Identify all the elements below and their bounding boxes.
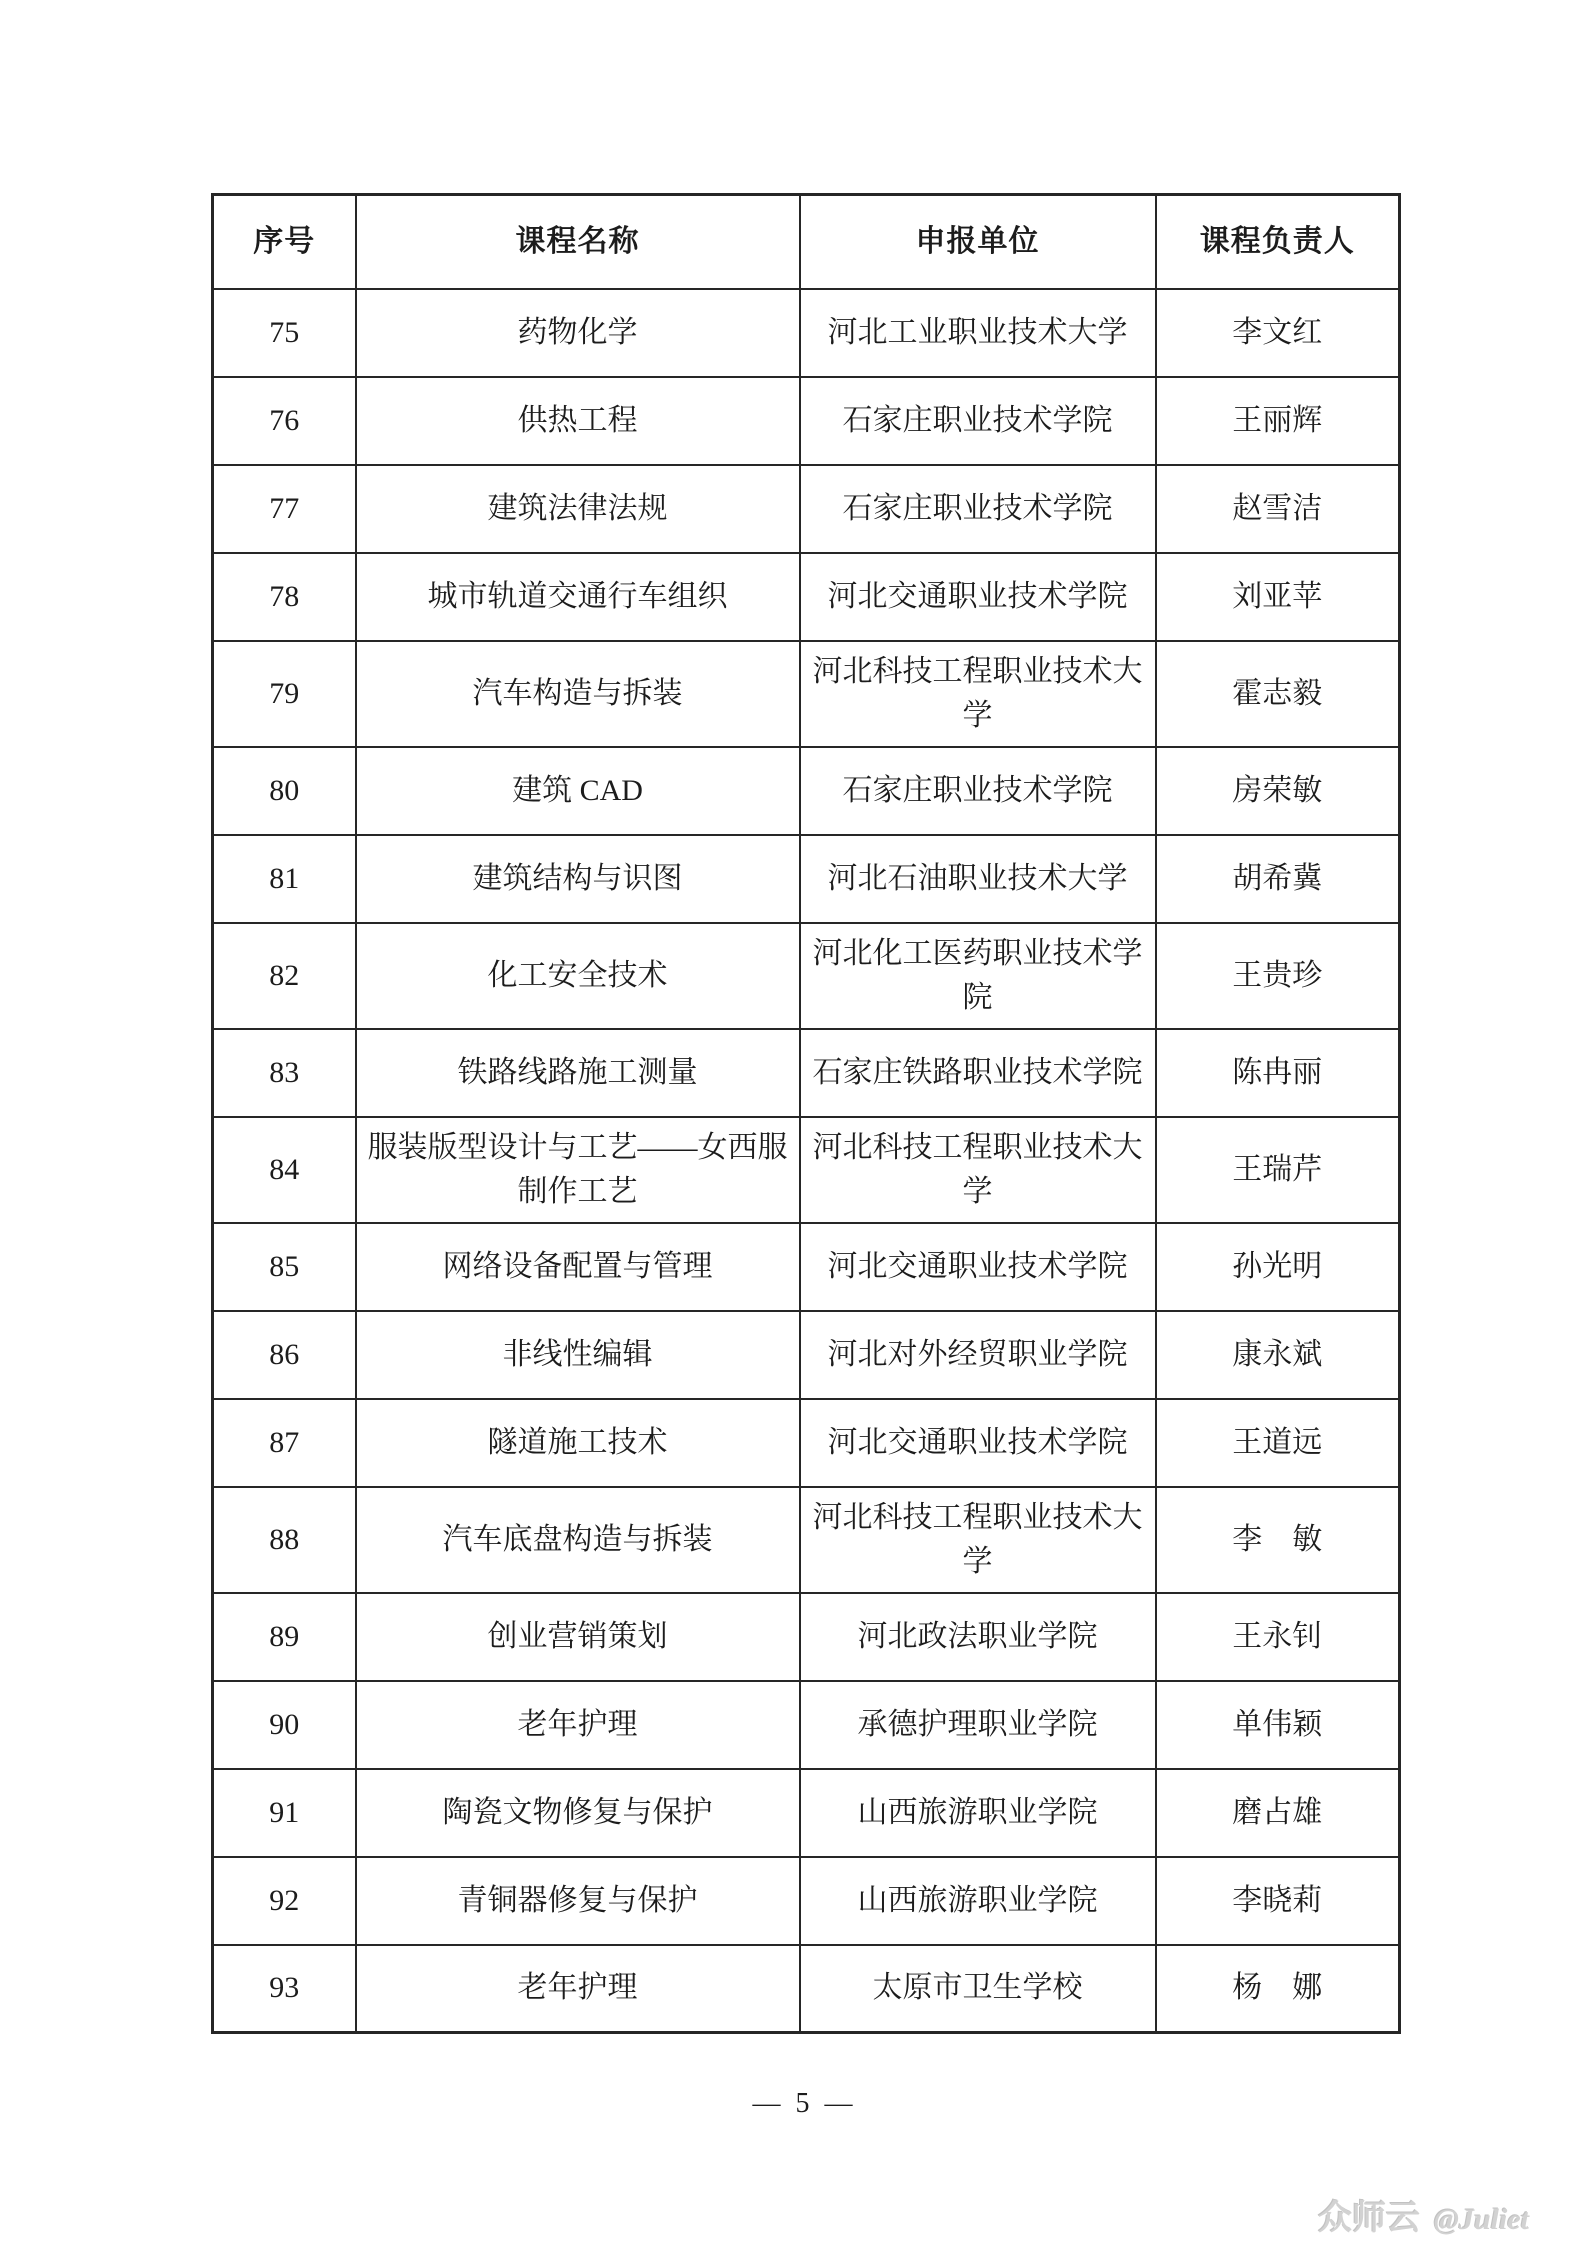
- table-row: 88汽车底盘构造与拆装河北科技工程职业技术大学李 敏: [213, 1487, 1400, 1593]
- header-row: 序号 课程名称 申报单位 课程负责人: [213, 195, 1400, 289]
- cell-index: 84: [213, 1117, 356, 1223]
- cell-course: 供热工程: [356, 377, 800, 465]
- cell-leader: 单伟颖: [1156, 1681, 1400, 1769]
- cell-unit: 石家庄职业技术学院: [800, 377, 1156, 465]
- cell-course: 建筑法律法规: [356, 465, 800, 553]
- document-page: 序号 课程名称 申报单位 课程负责人 75药物化学河北工业职业技术大学李文红76…: [0, 0, 1587, 2245]
- cell-course: 老年护理: [356, 1945, 800, 2033]
- table-row: 79汽车构造与拆装河北科技工程职业技术大学霍志毅: [213, 641, 1400, 747]
- table-row: 93老年护理太原市卫生学校杨 娜: [213, 1945, 1400, 2033]
- cell-leader: 杨 娜: [1156, 1945, 1400, 2033]
- cell-course: 建筑 CAD: [356, 747, 800, 835]
- table-header: 序号 课程名称 申报单位 课程负责人: [213, 195, 1400, 289]
- cell-index: 85: [213, 1223, 356, 1311]
- table-row: 91陶瓷文物修复与保护山西旅游职业学院磨占雄: [213, 1769, 1400, 1857]
- table-row: 81建筑结构与识图河北石油职业技术大学胡希冀: [213, 835, 1400, 923]
- cell-leader: 王瑞芹: [1156, 1117, 1400, 1223]
- cell-unit: 山西旅游职业学院: [800, 1769, 1156, 1857]
- cell-leader: 陈冉丽: [1156, 1029, 1400, 1117]
- courses-table: 序号 课程名称 申报单位 课程负责人 75药物化学河北工业职业技术大学李文红76…: [211, 193, 1401, 2034]
- cell-unit: 河北工业职业技术大学: [800, 289, 1156, 377]
- cell-index: 89: [213, 1593, 356, 1681]
- cell-course: 隧道施工技术: [356, 1399, 800, 1487]
- cell-index: 82: [213, 923, 356, 1029]
- cell-leader: 李 敏: [1156, 1487, 1400, 1593]
- cell-leader: 房荣敏: [1156, 747, 1400, 835]
- cell-index: 92: [213, 1857, 356, 1945]
- table-row: 84服装版型设计与工艺——女西服制作工艺河北科技工程职业技术大学王瑞芹: [213, 1117, 1400, 1223]
- cell-unit: 河北科技工程职业技术大学: [800, 1487, 1156, 1593]
- cell-course: 药物化学: [356, 289, 800, 377]
- cell-index: 76: [213, 377, 356, 465]
- cell-course: 陶瓷文物修复与保护: [356, 1769, 800, 1857]
- col-header-index: 序号: [213, 195, 356, 289]
- cell-leader: 王丽辉: [1156, 377, 1400, 465]
- cell-leader: 霍志毅: [1156, 641, 1400, 747]
- cell-index: 90: [213, 1681, 356, 1769]
- cell-unit: 河北交通职业技术学院: [800, 1223, 1156, 1311]
- cell-index: 79: [213, 641, 356, 747]
- cell-index: 78: [213, 553, 356, 641]
- cell-course: 汽车构造与拆装: [356, 641, 800, 747]
- table-row: 77建筑法律法规石家庄职业技术学院赵雪洁: [213, 465, 1400, 553]
- cell-leader: 王永钊: [1156, 1593, 1400, 1681]
- cell-course: 非线性编辑: [356, 1311, 800, 1399]
- cell-unit: 河北科技工程职业技术大学: [800, 641, 1156, 747]
- cell-unit: 石家庄职业技术学院: [800, 465, 1156, 553]
- table-row: 78城市轨道交通行车组织河北交通职业技术学院刘亚苹: [213, 553, 1400, 641]
- cell-unit: 河北科技工程职业技术大学: [800, 1117, 1156, 1223]
- table-row: 80建筑 CAD石家庄职业技术学院房荣敏: [213, 747, 1400, 835]
- cell-index: 93: [213, 1945, 356, 2033]
- cell-index: 86: [213, 1311, 356, 1399]
- table-row: 86非线性编辑河北对外经贸职业学院康永斌: [213, 1311, 1400, 1399]
- cell-course: 创业营销策划: [356, 1593, 800, 1681]
- cell-course: 青铜器修复与保护: [356, 1857, 800, 1945]
- cell-unit: 河北对外经贸职业学院: [800, 1311, 1156, 1399]
- cell-index: 88: [213, 1487, 356, 1593]
- cell-unit: 河北化工医药职业技术学院: [800, 923, 1156, 1029]
- cell-unit: 太原市卫生学校: [800, 1945, 1156, 2033]
- cell-leader: 磨占雄: [1156, 1769, 1400, 1857]
- cell-index: 80: [213, 747, 356, 835]
- cell-unit: 河北交通职业技术学院: [800, 1399, 1156, 1487]
- table-row: 89创业营销策划河北政法职业学院王永钊: [213, 1593, 1400, 1681]
- cell-course: 网络设备配置与管理: [356, 1223, 800, 1311]
- cell-index: 83: [213, 1029, 356, 1117]
- cell-unit: 河北交通职业技术学院: [800, 553, 1156, 641]
- col-header-course: 课程名称: [356, 195, 800, 289]
- table-row: 85网络设备配置与管理河北交通职业技术学院孙光明: [213, 1223, 1400, 1311]
- table-row: 87隧道施工技术河北交通职业技术学院王道远: [213, 1399, 1400, 1487]
- cell-leader: 胡希冀: [1156, 835, 1400, 923]
- cell-leader: 李晓莉: [1156, 1857, 1400, 1945]
- cell-unit: 河北石油职业技术大学: [800, 835, 1156, 923]
- table-row: 76供热工程石家庄职业技术学院王丽辉: [213, 377, 1400, 465]
- table-row: 90老年护理承德护理职业学院单伟颖: [213, 1681, 1400, 1769]
- cell-index: 77: [213, 465, 356, 553]
- cell-index: 81: [213, 835, 356, 923]
- col-header-unit: 申报单位: [800, 195, 1156, 289]
- cell-course: 化工安全技术: [356, 923, 800, 1029]
- cell-index: 87: [213, 1399, 356, 1487]
- cell-unit: 山西旅游职业学院: [800, 1857, 1156, 1945]
- table-body: 75药物化学河北工业职业技术大学李文红76供热工程石家庄职业技术学院王丽辉77建…: [213, 289, 1400, 2033]
- cell-leader: 王贵珍: [1156, 923, 1400, 1029]
- cell-leader: 王道远: [1156, 1399, 1400, 1487]
- cell-course: 汽车底盘构造与拆装: [356, 1487, 800, 1593]
- table-row: 82化工安全技术河北化工医药职业技术学院王贵珍: [213, 923, 1400, 1029]
- cell-unit: 石家庄铁路职业技术学院: [800, 1029, 1156, 1117]
- watermark: 众师云@Juliet: [1318, 2190, 1529, 2239]
- cell-course: 城市轨道交通行车组织: [356, 553, 800, 641]
- watermark-handle: @Juliet: [1434, 2203, 1529, 2236]
- table-row: 92青铜器修复与保护山西旅游职业学院李晓莉: [213, 1857, 1400, 1945]
- page-number: — 5 —: [211, 2088, 1398, 2120]
- cell-unit: 河北政法职业学院: [800, 1593, 1156, 1681]
- table-row: 75药物化学河北工业职业技术大学李文红: [213, 289, 1400, 377]
- cell-course: 铁路线路施工测量: [356, 1029, 800, 1117]
- cell-leader: 孙光明: [1156, 1223, 1400, 1311]
- cell-leader: 康永斌: [1156, 1311, 1400, 1399]
- cell-course: 建筑结构与识图: [356, 835, 800, 923]
- cell-leader: 李文红: [1156, 289, 1400, 377]
- cell-leader: 赵雪洁: [1156, 465, 1400, 553]
- table-row: 83铁路线路施工测量石家庄铁路职业技术学院陈冉丽: [213, 1029, 1400, 1117]
- cell-course: 服装版型设计与工艺——女西服制作工艺: [356, 1117, 800, 1223]
- cell-index: 75: [213, 289, 356, 377]
- cell-leader: 刘亚苹: [1156, 553, 1400, 641]
- watermark-brand: 众师云: [1318, 2200, 1420, 2237]
- cell-index: 91: [213, 1769, 356, 1857]
- cell-course: 老年护理: [356, 1681, 800, 1769]
- cell-unit: 承德护理职业学院: [800, 1681, 1156, 1769]
- col-header-leader: 课程负责人: [1156, 195, 1400, 289]
- cell-unit: 石家庄职业技术学院: [800, 747, 1156, 835]
